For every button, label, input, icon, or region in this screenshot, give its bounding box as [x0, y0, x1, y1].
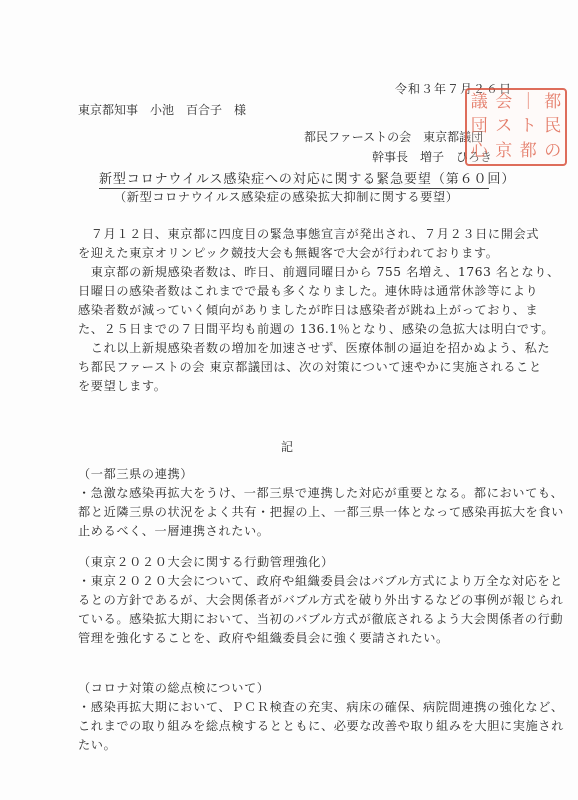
section-heading: （コロナ対策の総点検について）	[78, 679, 510, 698]
text-line: たい。	[78, 736, 510, 755]
text-line: ・東京２０２０大会について、政府や組織委員会はバブル方式により万全な対応をと	[78, 572, 510, 591]
document-subtitle: （新型コロナウイルス感染症の感染拡大抑制に関する要望）	[114, 188, 459, 205]
stamp-char: 都	[516, 143, 541, 160]
stamp-char: ト	[516, 118, 541, 135]
text-line: ている。感染拡大期において、当初のバブル方式が徹底されるよう大会関係者の行動	[78, 610, 510, 629]
section-covid-review: （コロナ対策の総点検について） ・感染再拡大期において、ＰＣＲ検査の充実、病床の…	[78, 679, 510, 755]
text-line: た、２５日までの７日間平均も前週の 136.1％となり、感染の急拡大は明白です。	[78, 320, 510, 339]
stamp-char: 心	[467, 143, 492, 160]
stamp-char: ｜	[516, 94, 541, 111]
document-title: 新型コロナウイルス感染症への対応に関する緊急要望（第６０回）	[99, 168, 489, 189]
intro-paragraph-1: ７月１２日、東京都に四度目の緊急事態宣言が発出され、７月２３日に開会式 を迎えた…	[78, 225, 510, 263]
text-line: 都と近隣三県の状況をよく共有・把握の上、一都三県一体となって感染再拡大を食い	[78, 503, 510, 522]
text-line: ７月１２日、東京都に四度目の緊急事態宣言が発出され、７月２３日に開会式	[78, 225, 510, 244]
text-line: 日曜日の感染者数はこれまでで最も多くなりました。連休時は通常休診等により	[78, 282, 510, 301]
stamp-char: 都	[541, 94, 566, 111]
stamp-char: 京	[492, 143, 517, 160]
seal-stamp-icon: 議 会 ｜ 都 団 ス ト 民 心 京 都 の	[465, 88, 567, 166]
stamp-char: 団	[467, 118, 492, 135]
text-line: ・感染再拡大期において、ＰＣＲ検査の充実、病床の確保、病院間連携の強化など、	[78, 698, 510, 717]
section-heading: （一都三県の連携）	[78, 465, 510, 484]
addressee: 東京都知事 小池 百合子 様	[78, 101, 246, 118]
ki-heading: 記	[281, 438, 293, 455]
text-line: を要望します。	[78, 377, 510, 396]
text-line: 感染者数が減っていく傾向がありましたが昨日は感染者が跳ね上がっており、ま	[78, 301, 510, 320]
section-olympics-behavior-management: （東京２０２０大会に関する行動管理強化） ・東京２０２０大会について、政府や組織…	[78, 553, 510, 648]
stamp-char: 議	[467, 94, 492, 111]
section-metro-cooperation: （一都三県の連携） ・急激な感染再拡大をうけ、一都三県で連携した対応が重要となる…	[78, 465, 510, 541]
stamp-char: 民	[541, 118, 566, 135]
text-line: ち都民ファーストの会 東京都議団は、次の対策について速やかに実施されること	[78, 358, 510, 377]
stamp-char: 会	[492, 94, 517, 111]
text-line: 止めるべく、一層連携されたい。	[78, 522, 510, 541]
text-line: 管理を強化することを、政府や組織委員会に強く要請されたい。	[78, 629, 510, 648]
text-line: ・急激な感染再拡大をうけ、一都三県で連携した対応が重要となる。都においても、	[78, 484, 510, 503]
text-line: を迎えた東京オリンピック競技大会も無観客で大会が行われております。	[78, 244, 510, 263]
text-line: これ以上新規感染者数の増加を加速させず、医療体制の逼迫を招かぬよう、私た	[78, 339, 510, 358]
intro-paragraph-2: 東京都の新規感染者数は、昨日、前週同曜日から 755 名増え、1763 名となり…	[78, 263, 510, 339]
text-line: るとの方針であるが、大会関係者がバブル方式を破り外出するなどの事例が報じられ	[78, 591, 510, 610]
stamp-char: ス	[492, 118, 517, 135]
section-heading: （東京２０２０大会に関する行動管理強化）	[78, 553, 510, 572]
text-line: これまでの取り組みを総点検するとともに、必要な改善や取り組みを大胆に実施され	[78, 717, 510, 736]
intro-paragraph-3: これ以上新規感染者数の増加を加速させず、医療体制の逼迫を招かぬよう、私た ち都民…	[78, 339, 510, 396]
sender-organization: 都民ファーストの会 東京都議団	[304, 128, 483, 145]
stamp-char: の	[541, 143, 566, 160]
text-line: 東京都の新規感染者数は、昨日、前週同曜日から 755 名増え、1763 名となり…	[78, 263, 510, 282]
